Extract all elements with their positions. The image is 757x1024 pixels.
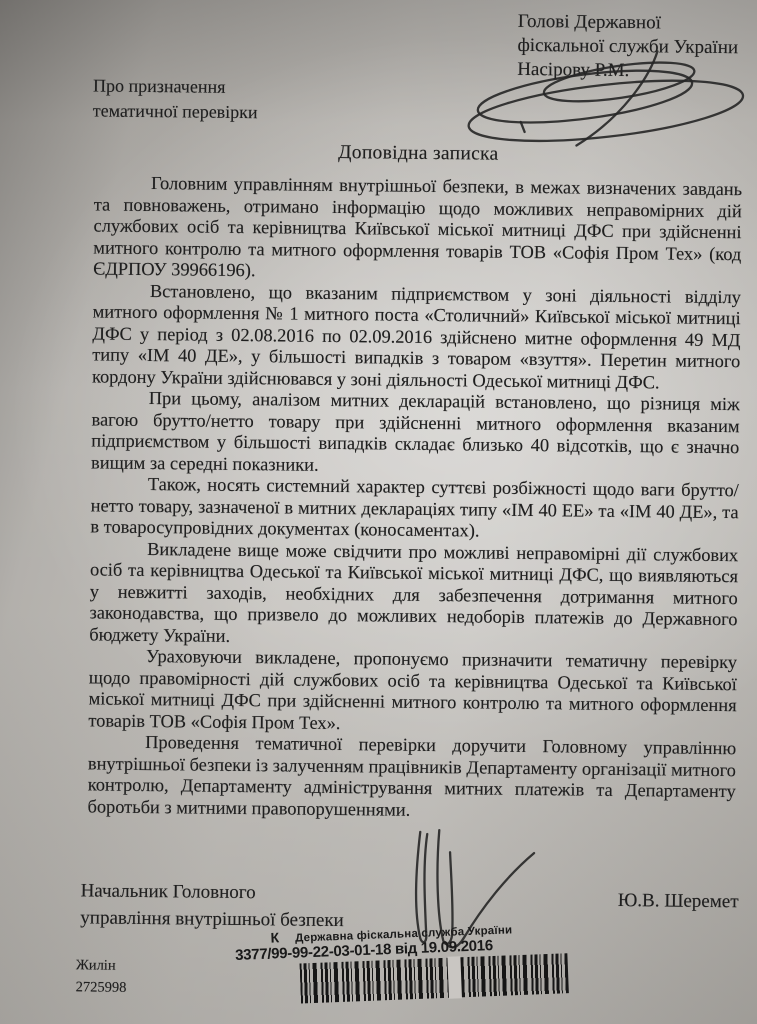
paragraph: Викладене вище може свідчити про можливі… xyxy=(89,538,738,652)
paragraph: Головним управлінням внутрішньої безпеки… xyxy=(93,172,742,286)
barcode xyxy=(300,953,569,1003)
subject-block: Про призначення тематичної перевірки xyxy=(93,73,258,125)
registration-stamp: К Державна фіскальна служба України 3377… xyxy=(234,918,577,1006)
paragraph: Ураховуючи викладене, пропонуємо признач… xyxy=(88,645,737,738)
subject-line: Про призначення xyxy=(93,73,258,100)
paragraph: Проведення тематичної перевірки доручити… xyxy=(87,731,736,824)
stamp-mark: К xyxy=(270,929,279,945)
barcode-gap xyxy=(447,956,462,998)
signatory-name: Ю.В. Шеремет xyxy=(600,890,738,913)
subject-line: тематичної перевірки xyxy=(93,98,258,125)
paragraph: Також, носять системний характер суттєві… xyxy=(90,473,739,544)
signatory-position: Начальник Головного управління внутрішнь… xyxy=(80,877,344,934)
approval-signature-icon xyxy=(460,47,753,154)
executor-name: Жилін xyxy=(76,955,127,977)
document-photo: { "colors": { "paper": "#bcb9b4", "ink":… xyxy=(0,0,757,1024)
document-page: Голові Державної фіскальної служби Украї… xyxy=(0,0,757,1024)
executor-block: Жилін 2725998 xyxy=(76,955,127,999)
paragraph: Встановлено, що вказаним підприємством у… xyxy=(92,280,741,394)
executor-phone: 2725998 xyxy=(76,977,127,999)
paragraph: При цьому, аналізом митних декларацій вс… xyxy=(91,387,740,480)
signatory-position-line: Начальник Головного xyxy=(80,877,344,907)
document-body: Головним управлінням внутрішньої безпеки… xyxy=(87,172,742,824)
recipient-line: Голові Державної xyxy=(518,10,739,36)
